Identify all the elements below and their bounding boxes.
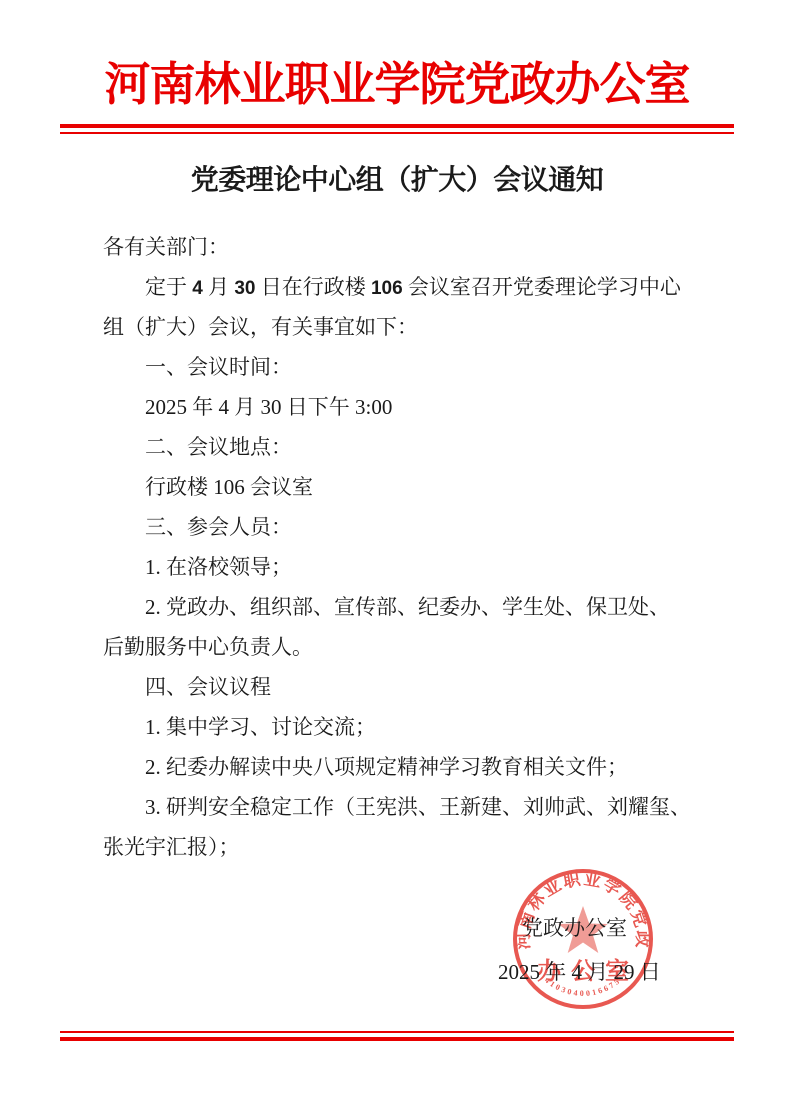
intro-part: 日在行政楼: [255, 275, 371, 299]
agenda-item-3: 3. 研判安全稳定工作（王宪洪、王新建、刘帅武、刘耀玺、: [103, 787, 703, 827]
section-heading-time: 一、会议时间：: [103, 347, 703, 387]
attendees-item-2-cont: 后勤服务中心负责人。: [103, 627, 703, 667]
footer-rule-thick: [60, 1037, 734, 1041]
document-page: 河南林业职业学院党政办公室 党委理论中心组（扩大）会议通知 各有关部门： 定于 …: [0, 0, 794, 1108]
intro-part: 会议室召开党委理论学习中心: [403, 275, 681, 299]
attendees-item-1: 1. 在洛校领导；: [103, 547, 703, 587]
footer-rule-thin: [60, 1031, 734, 1033]
signature-date: 2025 年 4 月 29 日: [498, 956, 661, 986]
meeting-time: 2025 年 4 月 30 日下午 3:00: [103, 387, 703, 427]
section-heading-agenda: 四、会议议程: [103, 667, 703, 707]
agenda-item-3-cont: 张光宇汇报）；: [103, 827, 703, 867]
signature-department: 党政办公室: [522, 912, 627, 942]
document-title: 党委理论中心组（扩大）会议通知: [0, 158, 794, 198]
agenda-item-1: 1. 集中学习、讨论交流；: [103, 707, 703, 747]
attendees-item-2: 2. 党政办、组织部、宣传部、纪委办、学生处、保卫处、: [103, 587, 703, 627]
intro-day-num: 30: [234, 278, 255, 299]
letterhead-rule-thin: [60, 132, 734, 134]
salutation: 各有关部门：: [103, 227, 703, 267]
intro-part: 定于: [145, 275, 192, 299]
intro-room-num: 106: [371, 278, 403, 299]
intro-day-month-num: 4: [192, 278, 203, 299]
section-heading-attendees: 三、参会人员：: [103, 507, 703, 547]
letterhead-rule-thick: [60, 124, 734, 128]
letterhead-org-title: 河南林业职业学院党政办公室: [0, 48, 794, 114]
document-body: 各有关部门： 定于 4 月 30 日在行政楼 106 会议室召开党委理论学习中心…: [103, 227, 703, 867]
intro-line: 定于 4 月 30 日在行政楼 106 会议室召开党委理论学习中心: [103, 267, 703, 307]
agenda-item-2: 2. 纪委办解读中央八项规定精神学习教育相关文件；: [103, 747, 703, 787]
body-line: 组（扩大）会议，有关事宜如下：: [103, 307, 703, 347]
meeting-place: 行政楼 106 会议室: [103, 467, 703, 507]
intro-part: 月: [203, 275, 235, 299]
section-heading-place: 二、会议地点：: [103, 427, 703, 467]
